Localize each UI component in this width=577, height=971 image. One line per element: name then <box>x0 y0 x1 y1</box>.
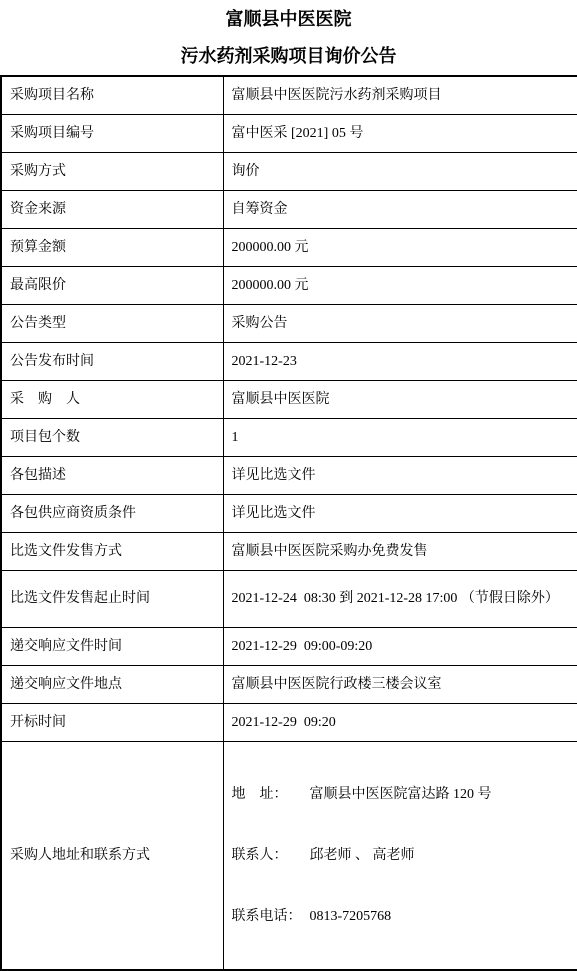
row-label: 递交响应文件时间 <box>1 628 223 666</box>
contact-line-phone: 联系电话： 0813-7205768 <box>232 906 560 927</box>
row-label: 各包描述 <box>1 457 223 495</box>
table-row-funding-source: 资金来源 自筹资金 <box>1 191 577 229</box>
table-row-publish-time: 公告发布时间 2021-12-23 <box>1 343 577 381</box>
table-row-project-number: 采购项目编号 富中医采 [2021] 05 号 <box>1 115 577 153</box>
contact-value: 0813-7205768 <box>310 906 560 927</box>
contact-label: 联系电话： <box>232 906 310 927</box>
table-row-document-sale-period: 比选文件发售起止时间 2021-12-24 08:30 到 2021-12-28… <box>1 571 577 628</box>
table-row-procurement-method: 采购方式 询价 <box>1 153 577 191</box>
row-label: 递交响应文件地点 <box>1 666 223 704</box>
row-label: 公告发布时间 <box>1 343 223 381</box>
row-value: 自筹资金 <box>223 191 577 229</box>
title-line-1: 富顺县中医医院 <box>0 7 577 31</box>
row-label: 采购项目编号 <box>1 115 223 153</box>
row-label: 项目包个数 <box>1 419 223 457</box>
table-row-package-count: 项目包个数 1 <box>1 419 577 457</box>
row-label: 最高限价 <box>1 267 223 305</box>
table-row-package-description: 各包描述 详见比选文件 <box>1 457 577 495</box>
row-value: 采购公告 <box>223 305 577 343</box>
row-label: 比选文件发售起止时间 <box>1 571 223 628</box>
row-label: 采购项目名称 <box>1 76 223 115</box>
row-label: 资金来源 <box>1 191 223 229</box>
table-row-budget-amount: 预算金额 200000.00 元 <box>1 229 577 267</box>
table-row-contact-info: 采购人地址和联系方式 地 址： 富顺县中医医院富达路 120 号 联系人： 邱老… <box>1 742 577 971</box>
row-value: 询价 <box>223 153 577 191</box>
row-value: 富顺县中医医院 <box>223 381 577 419</box>
page-title: 富顺县中医医院 污水药剂采购项目询价公告 <box>0 0 577 75</box>
row-label: 比选文件发售方式 <box>1 533 223 571</box>
row-value: 详见比选文件 <box>223 495 577 533</box>
table-row-response-submission-time: 递交响应文件时间 2021-12-29 09:00-09:20 <box>1 628 577 666</box>
table-row-supplier-qualifications: 各包供应商资质条件 详见比选文件 <box>1 495 577 533</box>
title-line-2: 污水药剂采购项目询价公告 <box>0 44 577 68</box>
table-row-response-submission-place: 递交响应文件地点 富顺县中医医院行政楼三楼会议室 <box>1 666 577 704</box>
row-label: 采购人地址和联系方式 <box>1 742 223 971</box>
table-row-document-sale-method: 比选文件发售方式 富顺县中医医院采购办免费发售 <box>1 533 577 571</box>
row-label: 开标时间 <box>1 704 223 742</box>
table-row-purchaser: 采 购 人 富顺县中医医院 <box>1 381 577 419</box>
announcement-table: 采购项目名称 富顺县中医医院污水药剂采购项目 采购项目编号 富中医采 [2021… <box>0 75 577 971</box>
row-value: 1 <box>223 419 577 457</box>
contact-value: 富顺县中医医院富达路 120 号 <box>310 784 560 805</box>
row-label: 采 购 人 <box>1 381 223 419</box>
row-value-contact: 地 址： 富顺县中医医院富达路 120 号 联系人： 邱老师 、 高老师 联系电… <box>223 742 577 971</box>
row-label: 采购方式 <box>1 153 223 191</box>
row-value: 富顺县中医医院污水药剂采购项目 <box>223 76 577 115</box>
contact-label: 地 址： <box>232 784 310 805</box>
row-value: 富中医采 [2021] 05 号 <box>223 115 577 153</box>
row-value: 2021-12-29 09:20 <box>223 704 577 742</box>
table-row-bid-opening-time: 开标时间 2021-12-29 09:20 <box>1 704 577 742</box>
row-value: 200000.00 元 <box>223 267 577 305</box>
contact-value: 邱老师 、 高老师 <box>310 845 560 866</box>
row-value: 2021-12-29 09:00-09:20 <box>223 628 577 666</box>
row-value: 详见比选文件 <box>223 457 577 495</box>
row-label: 预算金额 <box>1 229 223 267</box>
contact-label: 联系人： <box>232 845 310 866</box>
table-row-project-name: 采购项目名称 富顺县中医医院污水药剂采购项目 <box>1 76 577 115</box>
row-value: 2021-12-23 <box>223 343 577 381</box>
row-value: 富顺县中医医院采购办免费发售 <box>223 533 577 571</box>
row-label: 公告类型 <box>1 305 223 343</box>
contact-line-address: 地 址： 富顺县中医医院富达路 120 号 <box>232 784 560 805</box>
announcement-page: 富顺县中医医院 污水药剂采购项目询价公告 采购项目名称 富顺县中医医院污水药剂采… <box>0 0 577 971</box>
table-row-max-price: 最高限价 200000.00 元 <box>1 267 577 305</box>
row-value: 富顺县中医医院行政楼三楼会议室 <box>223 666 577 704</box>
row-value: 200000.00 元 <box>223 229 577 267</box>
contact-line-person: 联系人： 邱老师 、 高老师 <box>232 845 560 866</box>
row-label: 各包供应商资质条件 <box>1 495 223 533</box>
row-value: 2021-12-24 08:30 到 2021-12-28 17:00 （节假日… <box>223 571 577 628</box>
table-row-announcement-type: 公告类型 采购公告 <box>1 305 577 343</box>
